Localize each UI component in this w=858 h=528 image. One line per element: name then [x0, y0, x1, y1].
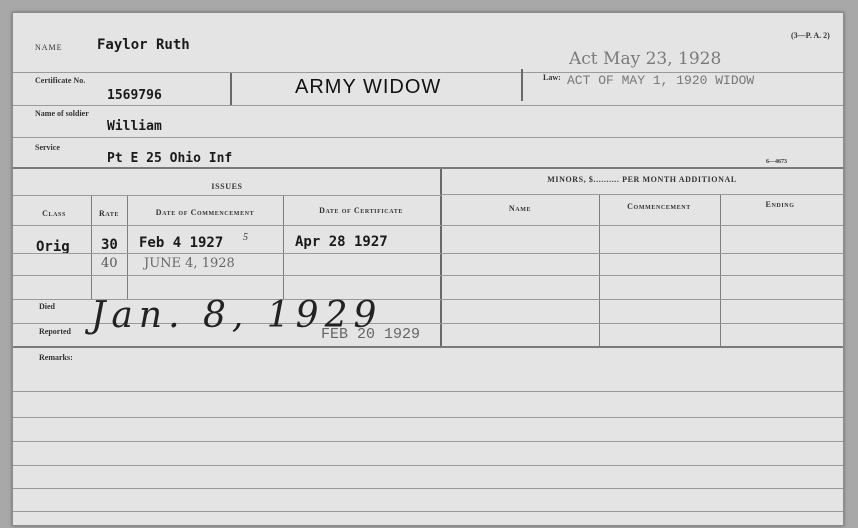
col-class: Class	[19, 209, 89, 218]
divider	[230, 73, 232, 105]
issue-rate: 30	[101, 237, 118, 253]
divider	[13, 275, 843, 276]
divider	[13, 105, 843, 106]
issue-commencement-note: 5	[243, 232, 248, 243]
issue-rate-2: 40	[101, 256, 118, 271]
service-value: Pt E 25 Ohio Inf	[107, 151, 232, 166]
divider	[13, 167, 843, 169]
divider	[13, 346, 843, 348]
remarks-line	[13, 488, 843, 489]
name-label: NAME	[35, 43, 63, 52]
col-minor-ending: Ending	[720, 200, 840, 209]
service-label: Service	[35, 143, 60, 152]
certificate-label: Certificate No.	[35, 76, 85, 85]
form-code: (3—P. A. 2)	[791, 31, 830, 40]
issue-commencement-2: JUNE 4, 1928	[144, 256, 235, 271]
divider	[13, 253, 843, 254]
law-value: ACT OF MAY 1, 1920 WIDOW	[567, 73, 754, 88]
name-value: Faylor Ruth	[97, 37, 190, 53]
remarks-line	[13, 417, 843, 418]
col-rate: Rate	[91, 209, 127, 218]
reported-value: FEB 20 1929	[321, 326, 420, 343]
issue-certificate: Apr 28 1927	[295, 234, 388, 250]
soldier-value: William	[107, 119, 162, 134]
divider	[599, 195, 600, 347]
law-label: Law:	[543, 73, 561, 82]
pension-index-card: (3—P. A. 2) NAME Faylor Ruth Act May 23,…	[12, 12, 844, 526]
issues-title: ISSUES	[13, 182, 441, 191]
remarks-line	[13, 391, 843, 392]
minors-title: MINORS, $.......... PER MONTH ADDITIONAL	[441, 175, 843, 184]
certificate-value: 1569796	[107, 88, 162, 103]
remarks-line	[13, 511, 843, 512]
act-stamp: Act May 23, 1928	[569, 49, 721, 69]
remarks-line	[13, 441, 843, 442]
divider	[13, 137, 843, 138]
divider	[13, 195, 441, 196]
category-title: ARMY WIDOW	[295, 76, 441, 99]
form-number: 6—4673	[766, 159, 787, 165]
divider	[720, 195, 721, 347]
col-date-certificate: Date of Certificate	[283, 206, 439, 215]
divider	[13, 225, 843, 226]
col-minor-name: Name	[441, 204, 599, 213]
soldier-label: Name of soldier	[35, 109, 89, 118]
remarks-label: Remarks:	[39, 353, 73, 362]
remarks-line	[13, 465, 843, 466]
col-date-commencement: Date of Commencement	[127, 208, 283, 217]
divider	[441, 194, 843, 195]
divider	[521, 69, 523, 101]
col-minor-commencement: Commencement	[599, 202, 719, 211]
died-label: Died	[39, 302, 55, 311]
reported-label: Reported	[39, 327, 71, 336]
issue-commencement: Feb 4 1927	[139, 235, 223, 251]
